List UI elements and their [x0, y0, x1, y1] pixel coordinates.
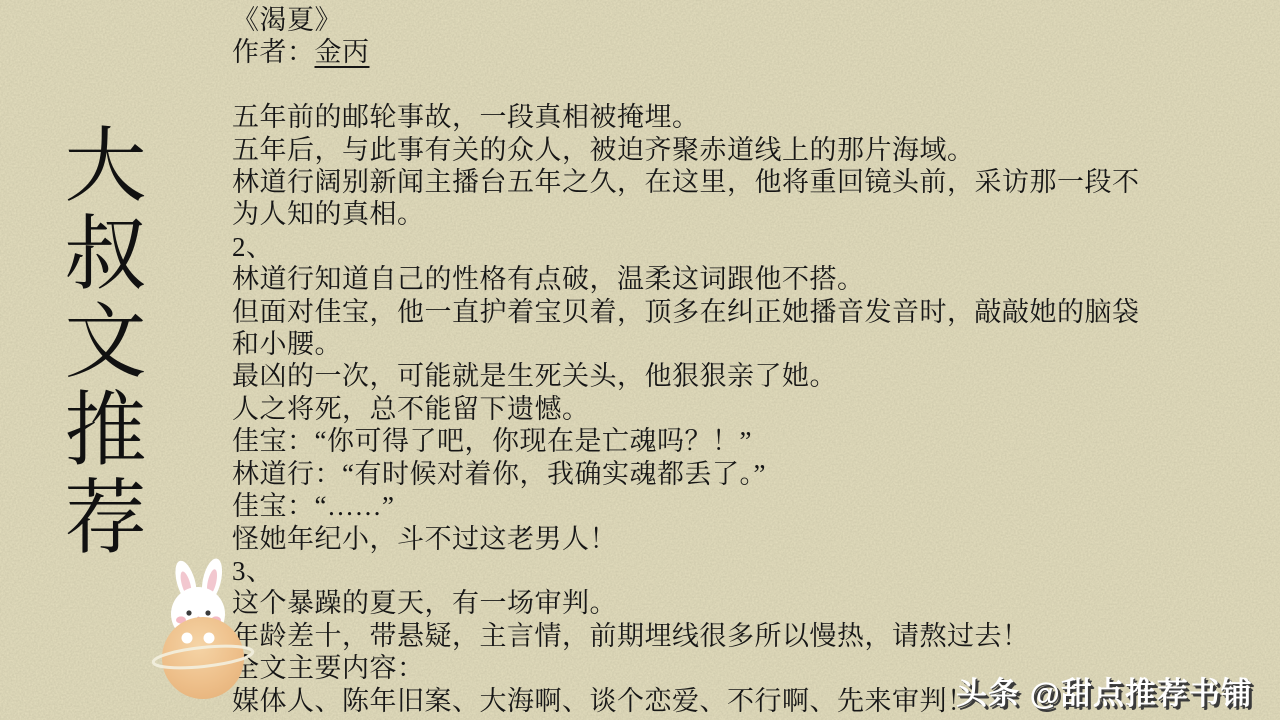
bunny-icon — [171, 557, 226, 641]
bunny-paw — [182, 633, 193, 644]
recommendation-card: 大叔文推荐 《渴夏》 作者：金丙 五年前的邮轮事故，一段真相被掩埋。 五年后，与… — [0, 0, 1280, 720]
vertical-banner-title: 大叔文推荐 — [50, 122, 146, 582]
watermark: 头条 @甜点推荐书铺 — [956, 668, 1253, 713]
author-line: 作者：金丙 — [232, 36, 1252, 68]
bunny-paw — [204, 633, 215, 644]
content-column: 《渴夏》 作者：金丙 五年前的邮轮事故，一段真相被掩埋。 五年后，与此事有关的众… — [232, 4, 1252, 717]
body-text: 五年前的邮轮事故，一段真相被掩埋。 五年后，与此事有关的众人，被迫齐聚赤道线上的… — [232, 69, 1252, 717]
book-title: 《渴夏》 — [232, 4, 1252, 36]
author-name: 金丙 — [315, 37, 370, 67]
author-label: 作者： — [232, 37, 315, 67]
